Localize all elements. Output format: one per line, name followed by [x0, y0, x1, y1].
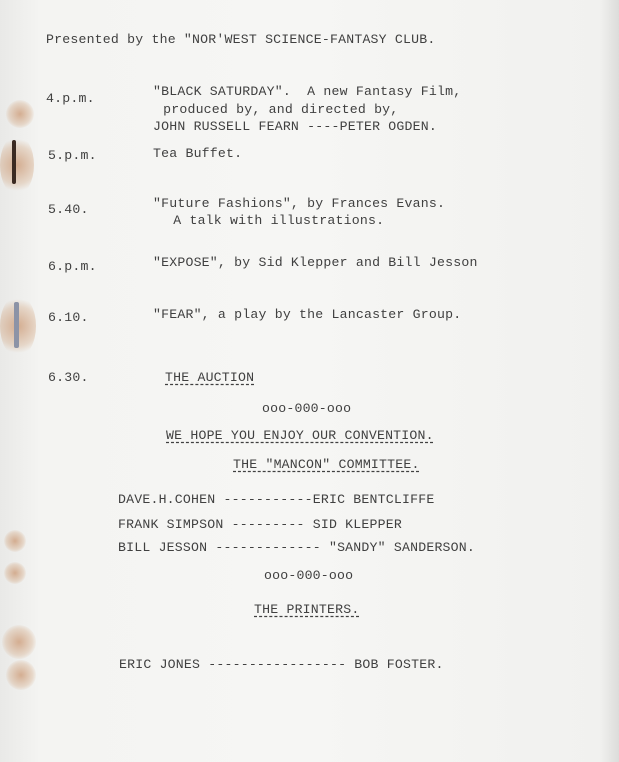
rust-stain: [0, 135, 34, 195]
committee-row: FRANK SIMPSON --------- SID KLEPPER: [118, 517, 402, 532]
time-label: 6.10.: [48, 310, 89, 325]
paper-sheet: Presented by the "NOR'WEST SCIENCE-FANTA…: [0, 0, 619, 762]
header-line: Presented by the "NOR'WEST SCIENCE-FANTA…: [46, 32, 435, 47]
event-line: "BLACK SATURDAY". A new Fantasy Film,: [153, 84, 461, 99]
rust-stain: [2, 625, 36, 659]
closing-line: WE HOPE YOU ENJOY OUR CONVENTION.: [166, 428, 434, 443]
time-label: 6.p.m.: [48, 259, 97, 274]
committee-row: DAVE.H.COHEN -----------ERIC BENTCLIFFE: [118, 492, 434, 507]
event-line: A talk with illustrations.: [157, 213, 384, 228]
committee-row: BILL JESSON ------------- "SANDY" SANDER…: [118, 540, 475, 555]
separator: ooo-000-ooo: [264, 568, 353, 583]
time-label: 5.40.: [48, 202, 89, 217]
event-line: "EXPOSE", by Sid Klepper and Bill Jesson: [153, 255, 478, 270]
time-label: 5.p.m.: [48, 148, 97, 163]
rust-stain: [4, 530, 26, 552]
time-label: 4.p.m.: [46, 91, 95, 106]
printers-row: ERIC JONES ----------------- BOB FOSTER.: [119, 657, 444, 672]
separator: ooo-000-ooo: [262, 401, 351, 416]
event-line: "FEAR", a play by the Lancaster Group.: [153, 307, 461, 322]
auction-heading: THE AUCTION: [165, 370, 254, 385]
rust-stain: [6, 100, 34, 128]
staple-mark: [12, 140, 16, 184]
event-line: JOHN RUSSELL FEARN ----PETER OGDEN.: [153, 119, 437, 134]
event-line: "Future Fashions", by Frances Evans.: [153, 196, 445, 211]
event-line: produced by, and directed by,: [155, 102, 398, 117]
rust-stain: [4, 562, 26, 584]
event-line: Tea Buffet.: [153, 146, 242, 161]
rust-stain: [6, 660, 36, 690]
printers-title: THE PRINTERS.: [254, 602, 359, 617]
time-label: 6.30.: [48, 370, 89, 385]
committee-title: THE "MANCON" COMMITTEE.: [233, 457, 420, 472]
staple-mark: [14, 302, 19, 348]
